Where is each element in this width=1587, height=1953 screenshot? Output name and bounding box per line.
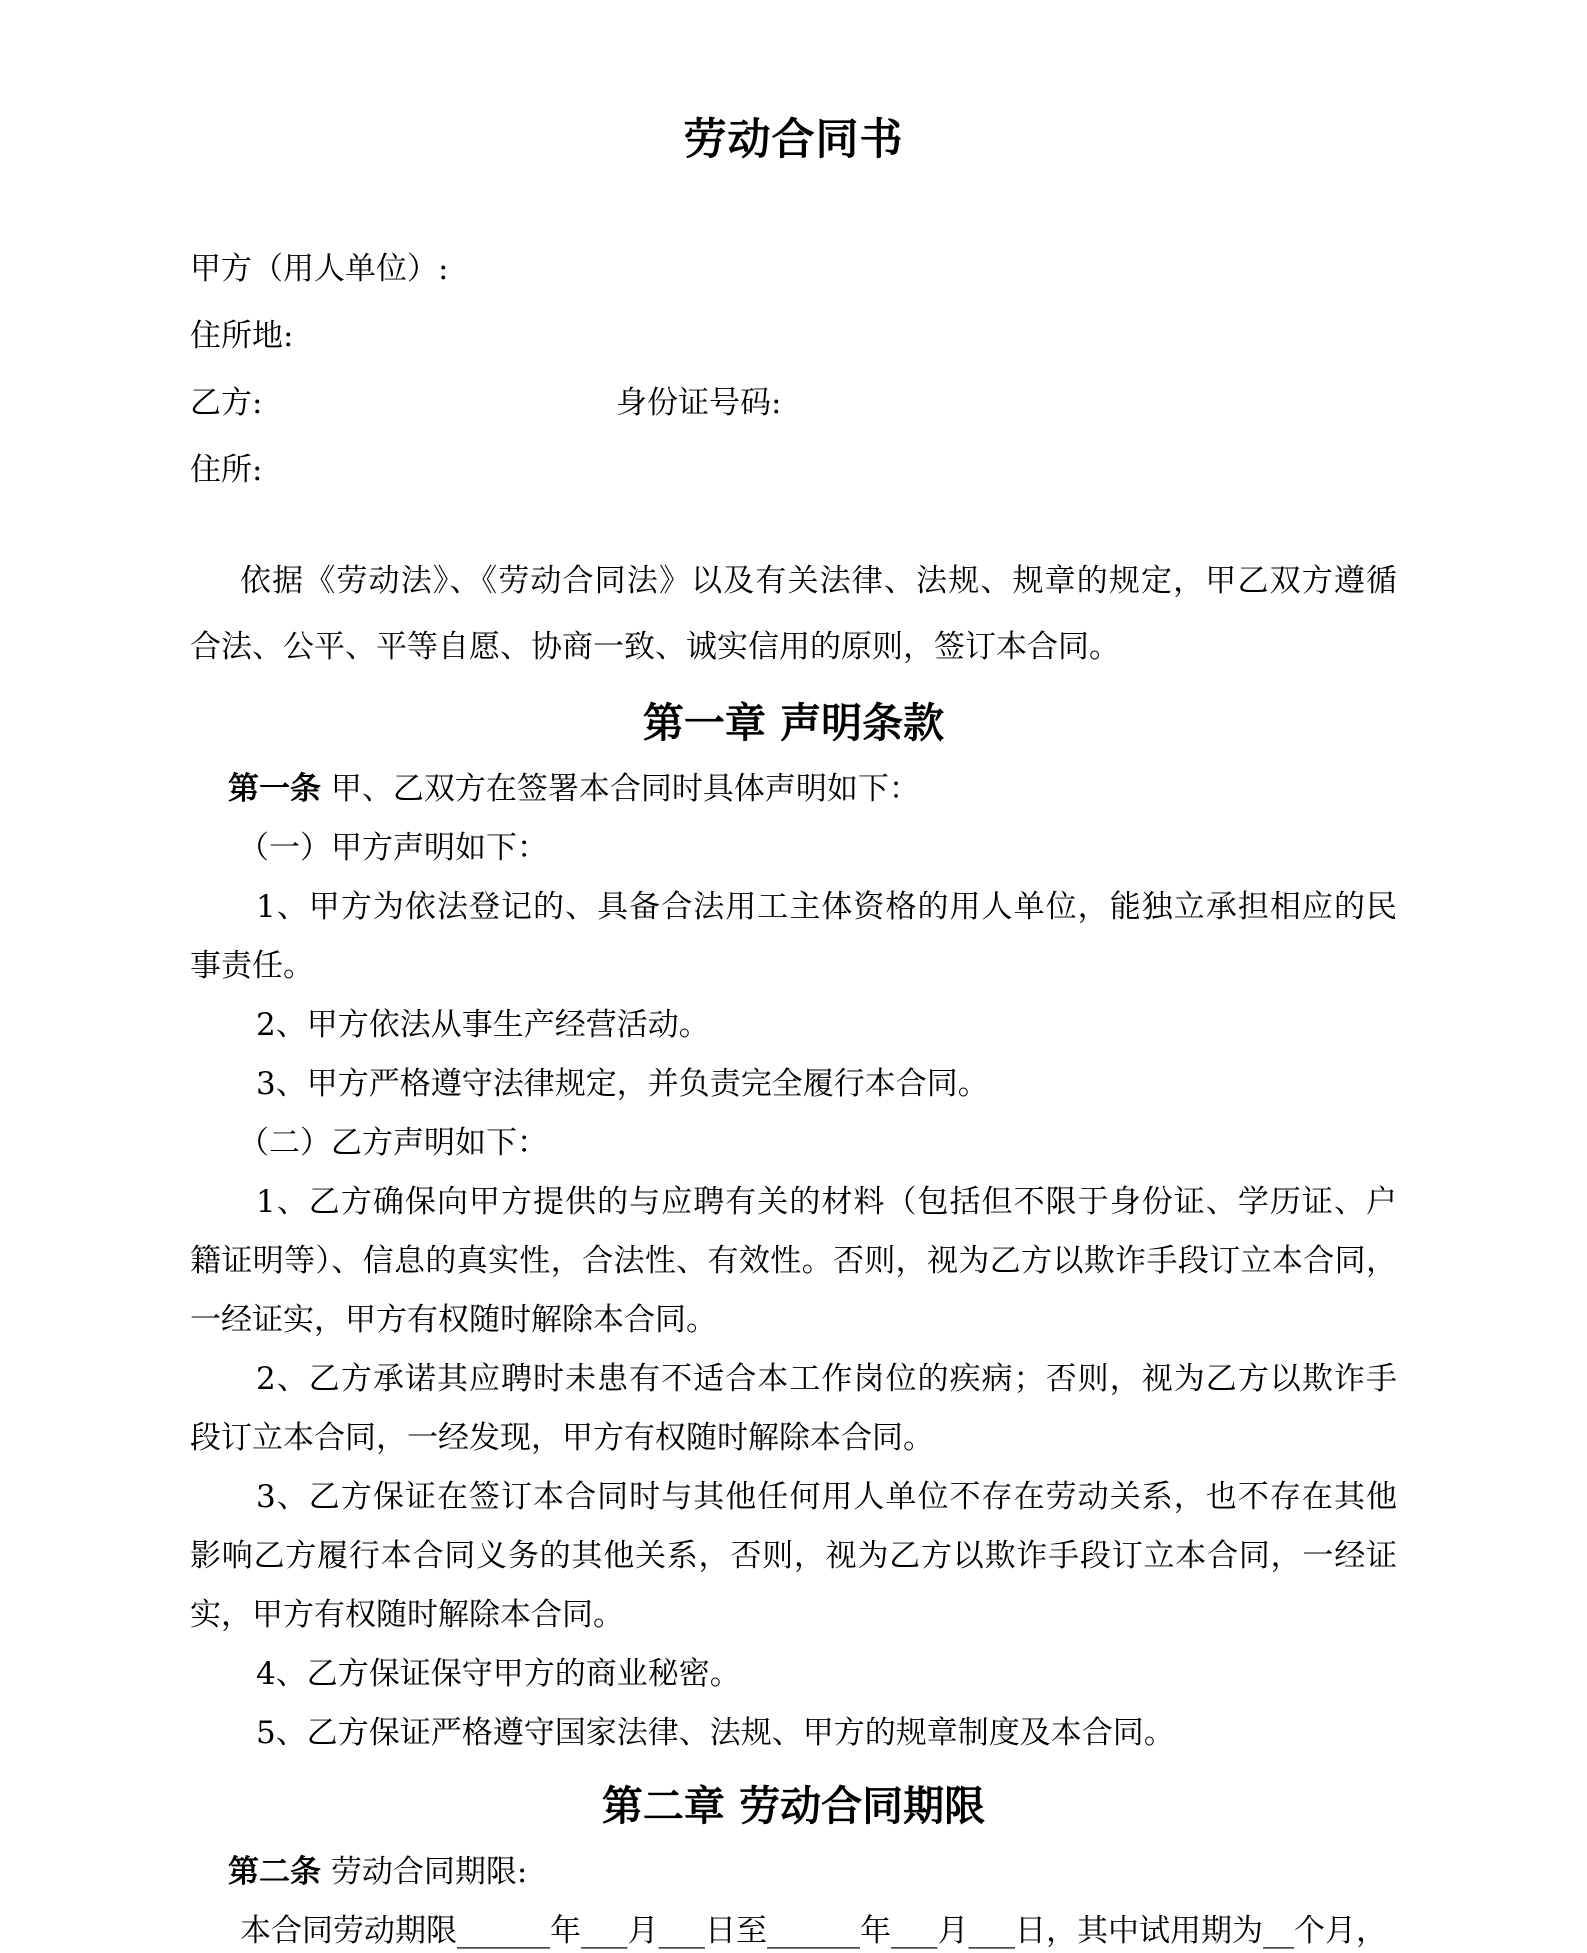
contract-line: 本合同劳动期限______年___月___日至______年___月___日，其… <box>190 1902 1397 1953</box>
chapter-heading: 第二章 劳动合同期限 <box>190 1777 1397 1835</box>
contract-line: 事责任。 <box>190 937 1397 996</box>
contract-line: 段订立本合同，一经发现，甲方有权随时解除本合同。 <box>190 1409 1397 1468</box>
intro-paragraph: 依据《劳动法》、《劳动合同法》以及有关法律、法规、规章的规定，甲乙双方遵循合法、… <box>190 548 1397 680</box>
party-info-block: 甲方（用人单位）:住所地:乙方:身份证号码:住所: <box>190 236 1397 504</box>
field-label: 乙方: <box>190 385 262 421</box>
contract-line: 实，甲方有权随时解除本合同。 <box>190 1586 1397 1645</box>
field-label: 住所地: <box>190 318 293 354</box>
contract-line: 2、乙方承诺其应聘时未患有不适合本工作岗位的疾病；否则，视为乙方以欺诈手 <box>190 1350 1397 1409</box>
contract-line: 影响乙方履行本合同义务的其他关系，否则，视为乙方以欺诈手段订立本合同，一经证 <box>190 1527 1397 1586</box>
contract-line: （二）乙方声明如下： <box>190 1114 1397 1173</box>
chapter-heading: 第一章 声明条款 <box>190 694 1397 752</box>
contract-line: 第二条 劳动合同期限: <box>190 1843 1397 1902</box>
contract-line: （一）甲方声明如下： <box>190 819 1397 878</box>
contract-line: 依据《劳动法》、《劳动合同法》以及有关法律、法规、规章的规定，甲乙双方遵循 <box>190 548 1397 614</box>
contract-line: 籍证明等）、信息的真实性，合法性、有效性。否则，视为乙方以欺诈手段订立本合同， <box>190 1232 1397 1291</box>
field-label: 住所: <box>190 452 262 488</box>
field-line: 乙方:身份证号码: <box>190 370 1397 437</box>
contract-line: 一经证实，甲方有权随时解除本合同。 <box>190 1291 1397 1350</box>
field-label: 甲方（用人单位）: <box>190 251 448 287</box>
field-line: 住所地: <box>190 303 1397 370</box>
clause-number: 第二条 <box>228 1854 321 1890</box>
field-label: 身份证号码: <box>616 370 781 437</box>
document-title: 劳动合同书 <box>190 108 1397 172</box>
clause-number: 第一条 <box>228 771 321 807</box>
contract-body: 第一章 声明条款第一条 甲、乙双方在签署本合同时具体声明如下：（一）甲方声明如下… <box>190 694 1397 1953</box>
contract-line: 3、甲方严格遵守法律规定，并负责完全履行本合同。 <box>190 1055 1397 1114</box>
field-line: 甲方（用人单位）: <box>190 236 1397 303</box>
contract-line: 1、乙方确保向甲方提供的与应聘有关的材料（包括但不限于身份证、学历证、户 <box>190 1173 1397 1232</box>
contract-line: 3、乙方保证在签订本合同时与其他任何用人单位不存在劳动关系，也不存在其他 <box>190 1468 1397 1527</box>
contract-line: 1、甲方为依法登记的、具备合法用工主体资格的用人单位，能独立承担相应的民 <box>190 878 1397 937</box>
contract-line: 第一条 甲、乙双方在签署本合同时具体声明如下： <box>190 760 1397 819</box>
contract-line: 合法、公平、平等自愿、协商一致、诚实信用的原则，签订本合同。 <box>190 614 1397 680</box>
contract-page: 劳动合同书 甲方（用人单位）:住所地:乙方:身份证号码:住所: 依据《劳动法》、… <box>0 0 1587 1953</box>
field-line: 住所: <box>190 437 1397 504</box>
contract-line: 5、乙方保证严格遵守国家法律、法规、甲方的规章制度及本合同。 <box>190 1704 1397 1763</box>
contract-line: 4、乙方保证保守甲方的商业秘密。 <box>190 1645 1397 1704</box>
contract-content: 劳动合同书 甲方（用人单位）:住所地:乙方:身份证号码:住所: 依据《劳动法》、… <box>190 0 1397 1953</box>
contract-line: 2、甲方依法从事生产经营活动。 <box>190 996 1397 1055</box>
